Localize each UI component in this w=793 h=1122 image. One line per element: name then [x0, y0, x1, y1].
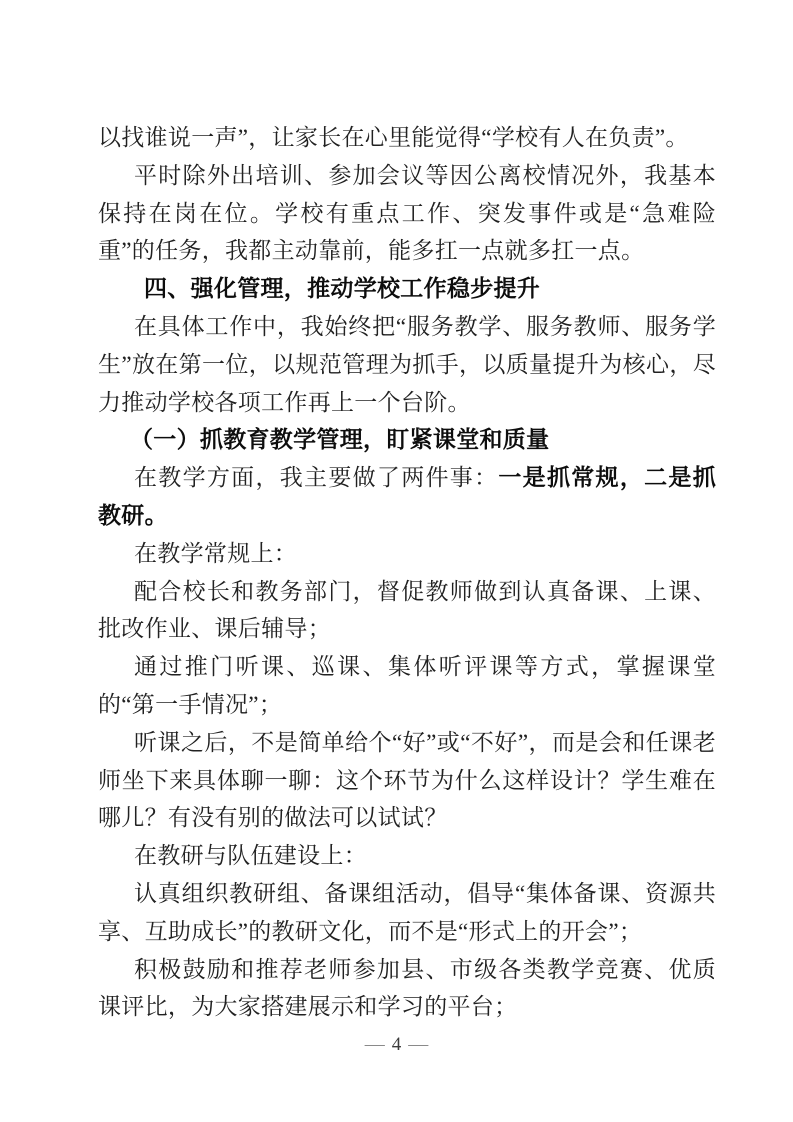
page-footer: —4—: [0, 1031, 793, 1058]
text-run: 在具体工作中，我始终把“服务教学、服务教师、服务学生”放在第一位，以规范管理为抓…: [98, 314, 716, 415]
text-run: 在教研与队伍建设上：: [134, 843, 367, 868]
text-run: 配合校长和教务部门，督促教师做到认真备课、上课、批改作业、课后辅导；: [98, 579, 716, 642]
text-run: 四、强化管理，推动学校工作稳步提升: [144, 275, 540, 301]
page-number: 4: [392, 1034, 402, 1055]
footer-dash-left: —: [358, 1033, 392, 1055]
footer-dash-right: —: [401, 1033, 435, 1055]
paragraph: 通过推门听课、巡课、集体听评课等方式，掌握课堂的“第一手情况”；: [98, 648, 716, 724]
paragraph: 认真组织教研组、备课组活动，倡导“集体备课、资源共享、互助成长”的教研文化，而不…: [98, 875, 716, 951]
text-run: 在教学常规上：: [134, 541, 297, 566]
text-run: 听课之后，不是简单给个“好”或“不好”，而是会和任课老师坐下来具体聊一聊：这个环…: [98, 730, 716, 831]
document-body: 以找谁说一声”，让家长在心里能觉得“学校有人在负责”。平时除外出培训、参加会议等…: [98, 119, 716, 1026]
text-run: 认真组织教研组、备课组活动，倡导“集体备课、资源共享、互助成长”的教研文化，而不…: [98, 881, 716, 944]
document-page: 以找谁说一声”，让家长在心里能觉得“学校有人在负责”。平时除外出培训、参加会议等…: [0, 0, 793, 1122]
text-run: （一）抓教育教学管理，盯紧课堂和质量: [130, 427, 549, 452]
section-heading: （一）抓教育教学管理，盯紧课堂和质量: [98, 421, 716, 459]
text-run: 通过推门听课、巡课、集体听评课等方式，掌握课堂的“第一手情况”；: [98, 654, 716, 717]
paragraph: 在教学方面，我主要做了两件事：一是抓常规，二是抓教研。: [98, 459, 716, 535]
paragraph: 在教学常规上：: [98, 535, 716, 573]
paragraph: 积极鼓励和推荐老师参加县、市级各类教学竞赛、优质课评比，为大家搭建展示和学习的平…: [98, 951, 716, 1027]
paragraph: 听课之后，不是简单给个“好”或“不好”，而是会和任课老师坐下来具体聊一聊：这个环…: [98, 724, 716, 837]
text-run: 在教学方面，我主要做了两件事：: [134, 465, 498, 490]
paragraph: 在教研与队伍建设上：: [98, 837, 716, 875]
paragraph: 在具体工作中，我始终把“服务教学、服务教师、服务学生”放在第一位，以规范管理为抓…: [98, 308, 716, 421]
paragraph: 平时除外出培训、参加会议等因公离校情况外，我基本保持在岗在位。学校有重点工作、突…: [98, 157, 716, 270]
text-run: 以找谁说一声”，让家长在心里能觉得“学校有人在负责”。: [98, 125, 689, 150]
paragraph: 以找谁说一声”，让家长在心里能觉得“学校有人在负责”。: [98, 119, 716, 157]
text-run: 平时除外出培训、参加会议等因公离校情况外，我基本保持在岗在位。学校有重点工作、突…: [98, 163, 716, 264]
text-run: 积极鼓励和推荐老师参加县、市级各类教学竞赛、优质课评比，为大家搭建展示和学习的平…: [98, 957, 716, 1020]
paragraph: 配合校长和教务部门，督促教师做到认真备课、上课、批改作业、课后辅导；: [98, 573, 716, 649]
section-heading: 四、强化管理，推动学校工作稳步提升: [98, 270, 716, 308]
